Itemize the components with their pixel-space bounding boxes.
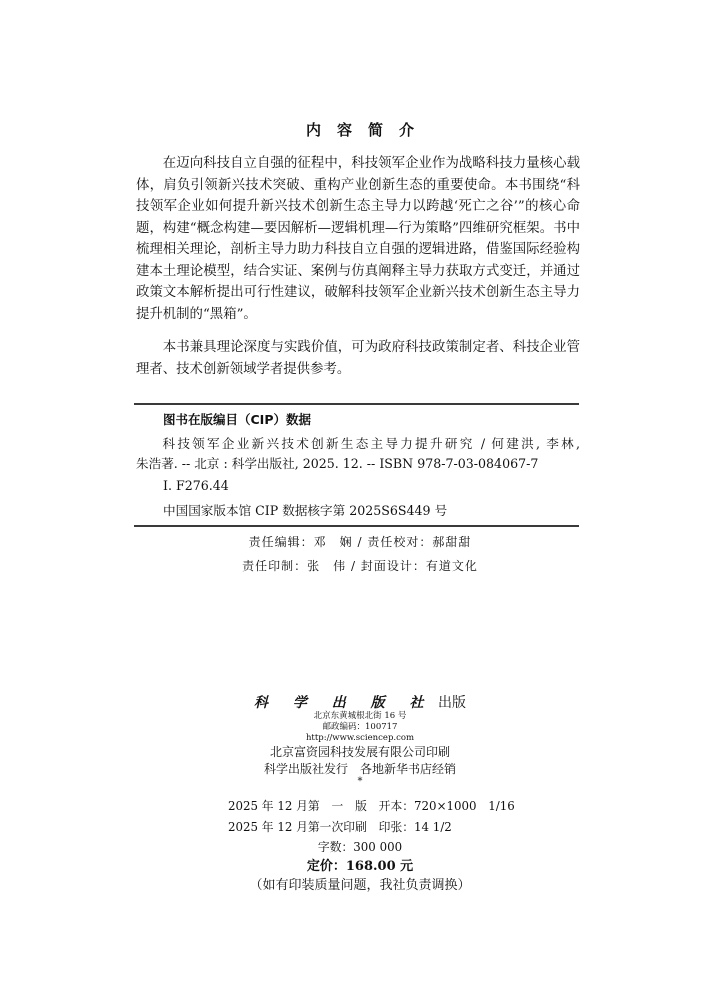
cip-heading: 图书在版编目（CIP）数据 bbox=[163, 410, 311, 428]
printing-info: 北京富资园科技发展有限公司印刷 科学出版社发行 各地新华书店经销 bbox=[0, 744, 720, 778]
separator-mark: * bbox=[0, 776, 720, 787]
quality-notice: （如有印装质量问题，我社负责调换） bbox=[0, 874, 720, 893]
publisher-logo: 科 学 出 版 社 bbox=[254, 695, 434, 711]
title-char: 介 bbox=[399, 119, 414, 140]
publisher-postcode: 邮政编码：100717 bbox=[0, 722, 720, 733]
publisher-address: 北京东黄城根北街 16 号 bbox=[0, 711, 720, 722]
price: 定价：168.00 元 bbox=[0, 855, 720, 874]
intro-paragraph-1: 在迈向科技自立自强的征程中，科技领军企业作为战略科技力量核心载体，肩负引领新兴技… bbox=[136, 153, 580, 325]
intro-paragraph-2: 本书兼具理论深度与实践价值，可为政府科技政策制定者、科技企业管理者、技术创新领域… bbox=[136, 337, 580, 380]
cip-verification: 中国国家版本馆 CIP 数据核字第 2025S6S449 号 bbox=[163, 500, 447, 519]
publisher-contact: 北京东黄城根北街 16 号 邮政编码：100717 http://www.sci… bbox=[0, 711, 720, 744]
publisher-line: 科 学 出 版 社 出版 bbox=[0, 692, 720, 712]
cip-line-1: 科技领军企业新兴技术创新生态主导力提升研究 / 何建洪, 李林, bbox=[136, 434, 580, 454]
printing-line: 2025 年 12 月第一次印刷 印张：14 1/2 bbox=[228, 818, 452, 835]
cip-bottom-rule bbox=[134, 525, 579, 527]
production-credits: 责任印制：张 伟 / 封面设计：有道文化 bbox=[0, 557, 720, 574]
title-char: 简 bbox=[368, 119, 383, 140]
cip-record: 科技领军企业新兴技术创新生态主导力提升研究 / 何建洪, 李林, 朱浩著. --… bbox=[136, 434, 580, 474]
edition-line: 2025 年 12 月第 一 版 开本：720×1000 1/16 bbox=[228, 797, 515, 814]
intro-section-2: 本书兼具理论深度与实践价值，可为政府科技政策制定者、科技企业管理者、技术创新领域… bbox=[136, 337, 580, 380]
cip-line-2: 朱浩著. -- 北京 : 科学出版社, 2025. 12. -- ISBN 97… bbox=[136, 454, 580, 474]
cip-top-rule bbox=[134, 403, 579, 405]
page-title: 内容简介 bbox=[0, 119, 720, 140]
publisher-website: http://www.sciencep.com bbox=[0, 733, 720, 744]
intro-section: 在迈向科技自立自强的征程中，科技领军企业作为战略科技力量核心载体，肩负引领新兴技… bbox=[136, 153, 580, 325]
editor-credits: 责任编辑：邓 娴 / 责任校对：郝甜甜 bbox=[0, 533, 720, 550]
title-char: 内 bbox=[306, 119, 321, 140]
printer-name: 北京富资园科技发展有限公司印刷 bbox=[0, 744, 720, 761]
publisher-suffix: 出版 bbox=[438, 695, 466, 711]
cip-classification: Ⅰ. F276.44 bbox=[163, 478, 229, 493]
title-char: 容 bbox=[337, 119, 352, 140]
word-count: 字数：300 000 bbox=[0, 838, 720, 855]
